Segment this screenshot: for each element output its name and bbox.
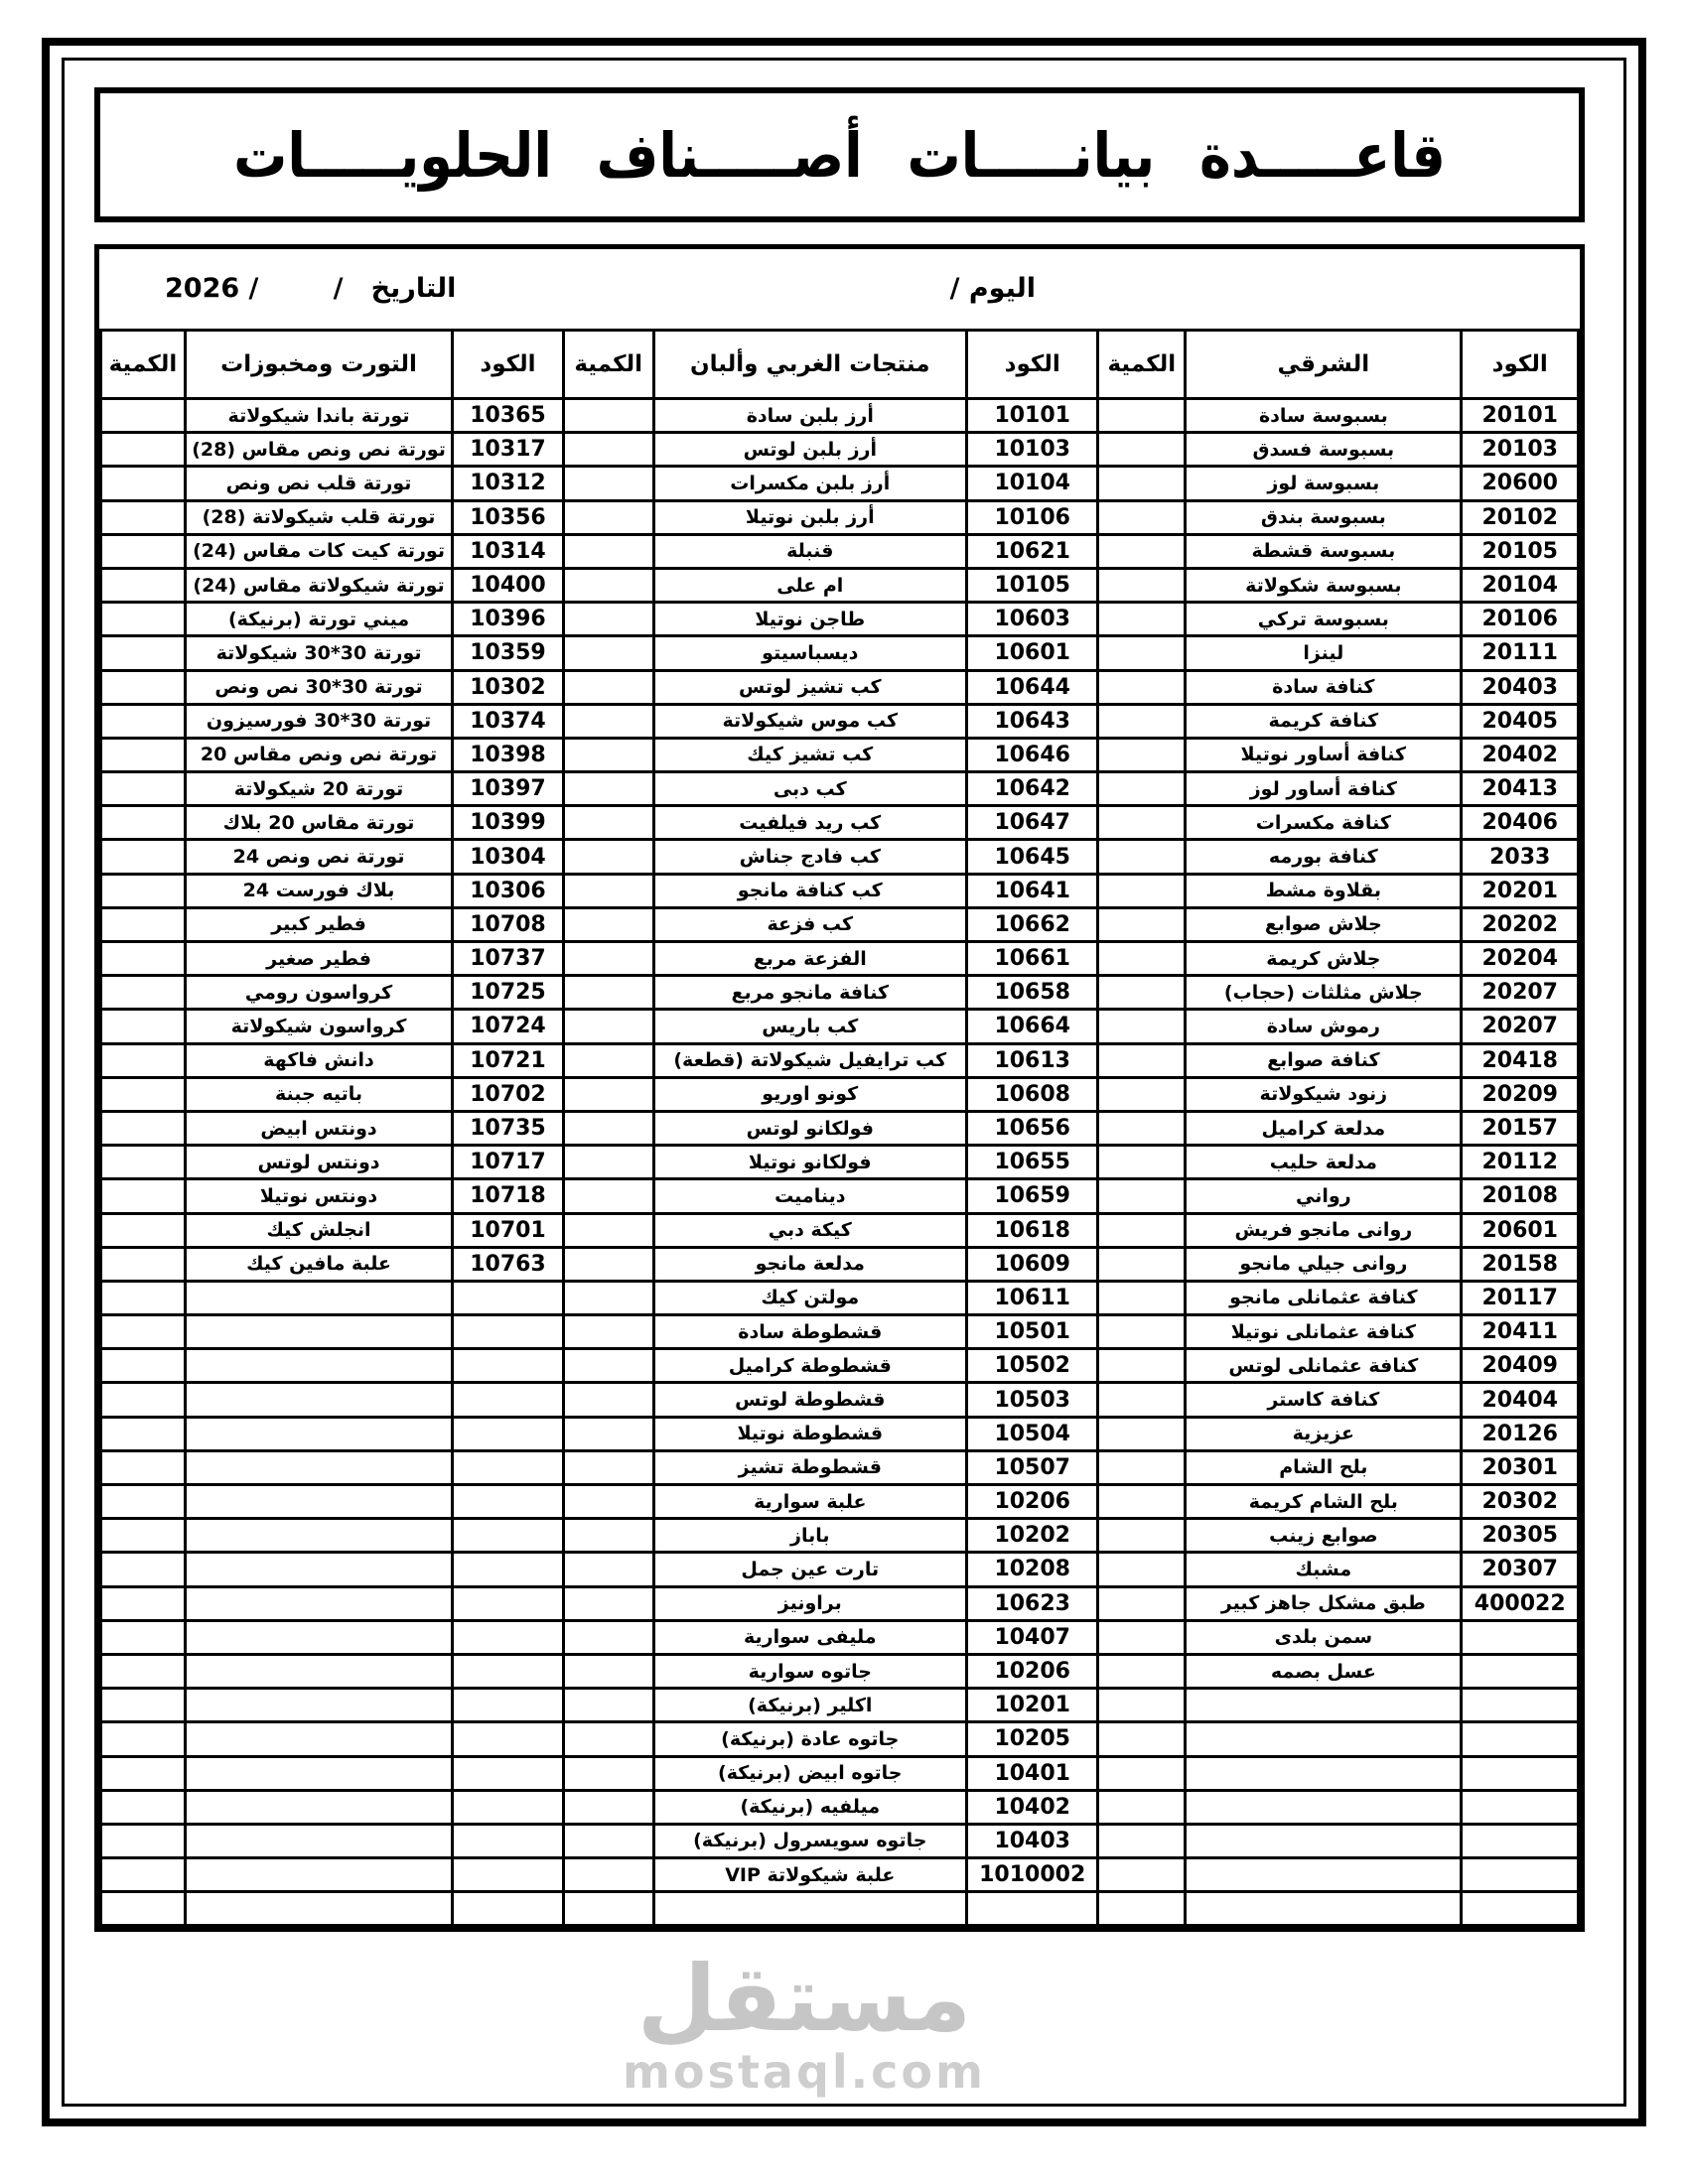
cell-code: 10659 bbox=[967, 1179, 1098, 1213]
cell-item-name: تورتة نص ونص مقاس 20 bbox=[185, 738, 452, 771]
watermark: مستقل mostaql.com bbox=[516, 1954, 1092, 2099]
cell-item-name: كب تشيز كيك bbox=[653, 738, 966, 771]
cell-code bbox=[453, 1553, 564, 1586]
cell-qty bbox=[563, 1247, 653, 1281]
cell-item-name bbox=[185, 1485, 452, 1519]
cell-item-name: تورتة قلب نص ونص bbox=[185, 467, 452, 500]
cell-qty bbox=[1098, 976, 1186, 1010]
cell-qty bbox=[101, 433, 186, 467]
table-row: 10403جاتوه سويسرول (برنيكة) bbox=[101, 1824, 1579, 1857]
cell-item-name bbox=[185, 1349, 452, 1383]
cell-item-name: تورتة 30*30 نص ونص bbox=[185, 670, 452, 704]
cell-qty bbox=[1098, 1179, 1186, 1213]
cell-qty bbox=[563, 874, 653, 907]
column-header: الكمية bbox=[1098, 331, 1186, 399]
cell-qty bbox=[101, 670, 186, 704]
cell-qty bbox=[563, 1315, 653, 1349]
cell-item-name: كنافة كاستر bbox=[1186, 1383, 1462, 1417]
day-label: اليوم / bbox=[950, 273, 1036, 304]
cell-item-name: فطير كبير bbox=[185, 907, 452, 941]
cell-qty bbox=[563, 907, 653, 941]
table-row: 20104بسبوسة شكولاتة10105ام على10400تورتة… bbox=[101, 568, 1579, 602]
cell-item-name bbox=[185, 1858, 452, 1892]
cell-item-name bbox=[1186, 1756, 1462, 1790]
cell-item-name: بسبوسة فسدق bbox=[1186, 433, 1462, 467]
cell-code: 10400 bbox=[453, 568, 564, 602]
cell-code bbox=[967, 1892, 1098, 1926]
cell-qty bbox=[101, 1349, 186, 1383]
cell-code: 10503 bbox=[967, 1383, 1098, 1417]
cell-qty bbox=[1098, 1756, 1186, 1790]
cell-item-name: روانى جيلي مانجو bbox=[1186, 1247, 1462, 1281]
cell-item-name: أرز بلبن نوتيلا bbox=[653, 500, 966, 534]
table-row: 20201بقلاوة مشط10641كب كنافة مانجو10306ب… bbox=[101, 874, 1579, 907]
cell-qty bbox=[1098, 1519, 1186, 1553]
cell-item-name: قشطوطة لوتس bbox=[653, 1383, 966, 1417]
cell-item-name bbox=[185, 1450, 452, 1484]
table-row: 20411كنافة عثمانلى نوتيلا10501قشطوطة ساد… bbox=[101, 1315, 1579, 1349]
cell-item-name: كب كنافة مانجو bbox=[653, 874, 966, 907]
cell-item-name: كب ترايفيل شيكولاتة (قطعة) bbox=[653, 1043, 966, 1077]
cell-qty bbox=[1098, 1247, 1186, 1281]
cell-item-name: كب فزعة bbox=[653, 907, 966, 941]
cell-item-name bbox=[1186, 1892, 1462, 1926]
cell-code: 10641 bbox=[967, 874, 1098, 907]
cell-qty bbox=[1098, 636, 1186, 670]
cell-code: 20404 bbox=[1462, 1383, 1579, 1417]
cell-code bbox=[453, 1858, 564, 1892]
cell-qty bbox=[563, 1756, 653, 1790]
column-header: الكود bbox=[453, 331, 564, 399]
cell-item-name: صوابع زينب bbox=[1186, 1519, 1462, 1553]
cell-code: 10401 bbox=[967, 1756, 1098, 1790]
cell-code: 20201 bbox=[1462, 874, 1579, 907]
cell-code: 20207 bbox=[1462, 976, 1579, 1010]
cell-item-name bbox=[185, 1519, 452, 1553]
cell-qty bbox=[563, 399, 653, 433]
cell-code: 10317 bbox=[453, 433, 564, 467]
cell-item-name: علبة شيكولاتة VIP bbox=[653, 1858, 966, 1892]
cell-qty bbox=[101, 1790, 186, 1824]
cell-qty bbox=[1098, 534, 1186, 568]
cell-item-name bbox=[185, 1892, 452, 1926]
cell-qty bbox=[1098, 1043, 1186, 1077]
cell-qty bbox=[101, 738, 186, 771]
cell-qty bbox=[563, 1824, 653, 1857]
table-row: 20403كنافة سادة10644كب تشيز لوتس10302تور… bbox=[101, 670, 1579, 704]
cell-item-name: ميني تورتة (برنيكة) bbox=[185, 603, 452, 636]
cell-qty bbox=[101, 976, 186, 1010]
cell-item-name bbox=[185, 1315, 452, 1349]
cell-code: 10603 bbox=[967, 603, 1098, 636]
column-header: التورت ومخبوزات bbox=[185, 331, 452, 399]
cell-qty bbox=[563, 1010, 653, 1043]
cell-qty bbox=[1098, 1315, 1186, 1349]
table-header-row: الكودالشرقيالكميةالكودمنتجات الغربي وألب… bbox=[101, 331, 1579, 399]
table-row: 20102بسبوسة بندق10106أرز بلبن نوتيلا1035… bbox=[101, 500, 1579, 534]
table-row: 20600بسبوسة لوز10104أرز بلبن مكسرات10312… bbox=[101, 467, 1579, 500]
cell-qty bbox=[1098, 772, 1186, 806]
cell-code: 10403 bbox=[967, 1824, 1098, 1857]
cell-code: 20101 bbox=[1462, 399, 1579, 433]
table-row bbox=[101, 1892, 1579, 1926]
title-box: قاعـــــدة بيانـــــات أصـــــناف الحلوي… bbox=[94, 87, 1585, 222]
cell-code: 20403 bbox=[1462, 670, 1579, 704]
cell-qty bbox=[1098, 1586, 1186, 1620]
cell-code: 10601 bbox=[967, 636, 1098, 670]
cell-item-name: بلاك فورست 24 bbox=[185, 874, 452, 907]
cell-item-name: كنافة بورمه bbox=[1186, 840, 1462, 874]
cell-qty bbox=[1098, 1213, 1186, 1247]
cell-item-name: لينزا bbox=[1186, 636, 1462, 670]
cell-qty bbox=[1098, 874, 1186, 907]
cell-item-name: مشبك bbox=[1186, 1553, 1462, 1586]
table-row: 10205جاتوه عادة (برنيكة) bbox=[101, 1722, 1579, 1756]
cell-qty bbox=[1098, 907, 1186, 941]
table-row: 20126عزيزية10504قشطوطة نوتيلا bbox=[101, 1417, 1579, 1450]
cell-item-name bbox=[185, 1722, 452, 1756]
cell-qty bbox=[1098, 1077, 1186, 1111]
cell-qty bbox=[101, 1111, 186, 1145]
table-row: 400022طبق مشكل جاهز كبير10623براونيز bbox=[101, 1586, 1579, 1620]
cell-qty bbox=[101, 534, 186, 568]
cell-item-name bbox=[185, 1756, 452, 1790]
cell-code bbox=[1462, 1858, 1579, 1892]
cell-code: 10501 bbox=[967, 1315, 1098, 1349]
cell-qty bbox=[1098, 1281, 1186, 1314]
cell-qty bbox=[101, 704, 186, 738]
cell-qty bbox=[101, 1722, 186, 1756]
table-row: 20101بسبوسة سادة10101أرز بلبن سادة10365ت… bbox=[101, 399, 1579, 433]
cell-code bbox=[453, 1790, 564, 1824]
table-row: عسل بصمه10206جاتوه سوارية bbox=[101, 1654, 1579, 1688]
cell-qty bbox=[1098, 1790, 1186, 1824]
cell-item-name: كونو اوريو bbox=[653, 1077, 966, 1111]
cell-code: 10103 bbox=[967, 433, 1098, 467]
cell-item-name: دونتس نوتيلا bbox=[185, 1179, 452, 1213]
cell-item-name bbox=[1186, 1858, 1462, 1892]
cell-qty bbox=[101, 1383, 186, 1417]
cell-item-name: تورتة باندا شيكولاتة bbox=[185, 399, 452, 433]
cell-item-name bbox=[185, 1586, 452, 1620]
table-row: 20402كنافة أساور نوتيلا10646كب تشيز كيك1… bbox=[101, 738, 1579, 771]
cell-code: 10504 bbox=[967, 1417, 1098, 1450]
cell-code bbox=[453, 1450, 564, 1484]
cell-qty bbox=[101, 1077, 186, 1111]
table-row: 20418كنافة صوابع10613كب ترايفيل شيكولاتة… bbox=[101, 1043, 1579, 1077]
cell-code bbox=[453, 1689, 564, 1722]
cell-code: 20418 bbox=[1462, 1043, 1579, 1077]
cell-code: 20305 bbox=[1462, 1519, 1579, 1553]
cell-code: 20108 bbox=[1462, 1179, 1579, 1213]
cell-code: 20409 bbox=[1462, 1349, 1579, 1383]
cell-item-name: مدلعة مانجو bbox=[653, 1247, 966, 1281]
cell-code: 10365 bbox=[453, 399, 564, 433]
cell-code: 10718 bbox=[453, 1179, 564, 1213]
cell-qty bbox=[1098, 738, 1186, 771]
cell-item-name: تورتة 30*30 شيكولاتة bbox=[185, 636, 452, 670]
cell-code: 10106 bbox=[967, 500, 1098, 534]
cell-code bbox=[1462, 1654, 1579, 1688]
cell-qty bbox=[563, 670, 653, 704]
table-row: 10402ميلفيه (برنيكة) bbox=[101, 1790, 1579, 1824]
cell-qty bbox=[101, 1450, 186, 1484]
column-header: الكود bbox=[1462, 331, 1579, 399]
cell-item-name bbox=[1186, 1824, 1462, 1857]
cell-item-name: بسبوسة بندق bbox=[1186, 500, 1462, 534]
cell-item-name: بسبوسة سادة bbox=[1186, 399, 1462, 433]
cell-qty bbox=[101, 942, 186, 976]
cell-item-name: تورتة نص ونص 24 bbox=[185, 840, 452, 874]
main-box: اليوم / التاريخ / / 2026 الكودالشرقيالكم… bbox=[94, 244, 1585, 1932]
cell-code: 10206 bbox=[967, 1485, 1098, 1519]
cell-item-name: تورتة شيكولاتة مقاس (24) bbox=[185, 568, 452, 602]
cell-code: 20301 bbox=[1462, 1450, 1579, 1484]
cell-qty bbox=[563, 1892, 653, 1926]
cell-code: 20307 bbox=[1462, 1553, 1579, 1586]
cell-item-name: انجلش كيك bbox=[185, 1213, 452, 1247]
cell-qty bbox=[1098, 1553, 1186, 1586]
cell-item-name: كب فادج جناش bbox=[653, 840, 966, 874]
cell-code: 10661 bbox=[967, 942, 1098, 976]
cell-qty bbox=[1098, 1111, 1186, 1145]
cell-code: 20406 bbox=[1462, 806, 1579, 840]
cell-item-name: فولكانو لوتس bbox=[653, 1111, 966, 1145]
table-row: 20207جلاش مثلثات (حجاب)10658كنافة مانجو … bbox=[101, 976, 1579, 1010]
cell-qty bbox=[563, 1485, 653, 1519]
cell-qty bbox=[101, 1179, 186, 1213]
cell-qty bbox=[1098, 1892, 1186, 1926]
column-header: منتجات الغربي وألبان bbox=[653, 331, 966, 399]
cell-code: 10643 bbox=[967, 704, 1098, 738]
cell-item-name: قشطوطة كراميل bbox=[653, 1349, 966, 1383]
cell-item-name: مليفى سوارية bbox=[653, 1620, 966, 1654]
cell-item-name: قنبلة bbox=[653, 534, 966, 568]
cell-qty bbox=[1098, 942, 1186, 976]
cell-item-name: ديسباسيتو bbox=[653, 636, 966, 670]
cell-code bbox=[1462, 1722, 1579, 1756]
cell-code: 20105 bbox=[1462, 534, 1579, 568]
cell-qty bbox=[563, 942, 653, 976]
cell-qty bbox=[1098, 1485, 1186, 1519]
cell-qty bbox=[1098, 500, 1186, 534]
cell-item-name: كب باريس bbox=[653, 1010, 966, 1043]
cell-item-name: جاتوه سوارية bbox=[653, 1654, 966, 1688]
cell-item-name: كنافة سادة bbox=[1186, 670, 1462, 704]
cell-code: 10656 bbox=[967, 1111, 1098, 1145]
cell-qty bbox=[101, 1586, 186, 1620]
cell-code: 10208 bbox=[967, 1553, 1098, 1586]
cell-item-name: كرواسون رومي bbox=[185, 976, 452, 1010]
table-row: 20158روانى جيلي مانجو10609مدلعة مانجو107… bbox=[101, 1247, 1579, 1281]
cell-code: 10621 bbox=[967, 534, 1098, 568]
column-header: الكود bbox=[967, 331, 1098, 399]
cell-item-name bbox=[1186, 1689, 1462, 1722]
table-row: 20209زنود شيكولاتة10608كونو اوريو10702با… bbox=[101, 1077, 1579, 1111]
cell-qty bbox=[101, 500, 186, 534]
cell-item-name: بلح الشام كريمة bbox=[1186, 1485, 1462, 1519]
cell-qty bbox=[101, 806, 186, 840]
cell-qty bbox=[563, 1858, 653, 1892]
cell-code: 20103 bbox=[1462, 433, 1579, 467]
cell-item-name: علبة سوارية bbox=[653, 1485, 966, 1519]
column-header: الكمية bbox=[563, 331, 653, 399]
cell-item-name: ام على bbox=[653, 568, 966, 602]
cell-item-name: كنافة مانجو مربع bbox=[653, 976, 966, 1010]
cell-qty bbox=[563, 772, 653, 806]
table-row: 10201اكلير (برنيكة) bbox=[101, 1689, 1579, 1722]
cell-item-name bbox=[1186, 1790, 1462, 1824]
cell-qty bbox=[563, 1450, 653, 1484]
cell-item-name: بسبوسة قشطة bbox=[1186, 534, 1462, 568]
cell-qty bbox=[1098, 1654, 1186, 1688]
cell-code bbox=[453, 1519, 564, 1553]
cell-item-name: كب تشيز لوتس bbox=[653, 670, 966, 704]
cell-code: 10101 bbox=[967, 399, 1098, 433]
cell-code: 400022 bbox=[1462, 1586, 1579, 1620]
cell-code: 10302 bbox=[453, 670, 564, 704]
cell-qty bbox=[101, 1519, 186, 1553]
table-row: 20103بسبوسة فسدق10103أرز بلبن لوتس10317ت… bbox=[101, 433, 1579, 467]
cell-code: 20302 bbox=[1462, 1485, 1579, 1519]
cell-code: 10356 bbox=[453, 500, 564, 534]
cell-item-name: تارت عين جمل bbox=[653, 1553, 966, 1586]
cell-qty bbox=[563, 1586, 653, 1620]
cell-qty bbox=[101, 1213, 186, 1247]
cell-item-name: كنافة عثمانلى لوتس bbox=[1186, 1349, 1462, 1383]
cell-item-name: عسل بصمه bbox=[1186, 1654, 1462, 1688]
cell-qty bbox=[563, 534, 653, 568]
cell-item-name: أرز بلبن لوتس bbox=[653, 433, 966, 467]
cell-qty bbox=[1098, 1010, 1186, 1043]
cell-qty bbox=[101, 1892, 186, 1926]
cell-qty bbox=[101, 568, 186, 602]
cell-qty bbox=[563, 806, 653, 840]
cell-item-name: أرز بلبن مكسرات bbox=[653, 467, 966, 500]
cell-item-name: كب دبى bbox=[653, 772, 966, 806]
cell-item-name: كنافة أساور نوتيلا bbox=[1186, 738, 1462, 771]
cell-code: 20207 bbox=[1462, 1010, 1579, 1043]
cell-code: 10609 bbox=[967, 1247, 1098, 1281]
cell-qty bbox=[563, 738, 653, 771]
table-row: 20406كنافة مكسرات10647كب ريد فيلفيت10399… bbox=[101, 806, 1579, 840]
cell-qty bbox=[1098, 806, 1186, 840]
cell-qty bbox=[101, 1247, 186, 1281]
cell-code: 10645 bbox=[967, 840, 1098, 874]
cell-qty bbox=[101, 1146, 186, 1179]
cell-code bbox=[453, 1654, 564, 1688]
cell-qty bbox=[101, 1553, 186, 1586]
cell-qty bbox=[101, 1858, 186, 1892]
cell-qty bbox=[563, 603, 653, 636]
cell-code: 10202 bbox=[967, 1519, 1098, 1553]
cell-item-name: كب ريد فيلفيت bbox=[653, 806, 966, 840]
cell-item-name: رواني bbox=[1186, 1179, 1462, 1213]
cell-qty bbox=[563, 704, 653, 738]
cell-item-name: قشطوطة تشيز bbox=[653, 1450, 966, 1484]
cell-item-name: كب موس شيكولاتة bbox=[653, 704, 966, 738]
table-row: 1010002علبة شيكولاتة VIP bbox=[101, 1858, 1579, 1892]
cell-code: 10359 bbox=[453, 636, 564, 670]
cell-qty bbox=[101, 840, 186, 874]
cell-qty bbox=[101, 1824, 186, 1857]
cell-qty bbox=[563, 1519, 653, 1553]
watermark-arabic: مستقل bbox=[516, 1954, 1092, 2045]
cell-qty bbox=[1098, 670, 1186, 704]
column-header: الشرقي bbox=[1186, 331, 1462, 399]
cell-code bbox=[453, 1756, 564, 1790]
cell-code bbox=[453, 1722, 564, 1756]
cell-qty bbox=[101, 874, 186, 907]
cell-item-name: جاتوه سويسرول (برنيكة) bbox=[653, 1824, 966, 1857]
cell-qty bbox=[1098, 1417, 1186, 1450]
cell-item-name bbox=[185, 1689, 452, 1722]
cell-code bbox=[453, 1349, 564, 1383]
table-row: 20301بلح الشام10507قشطوطة تشيز bbox=[101, 1450, 1579, 1484]
cell-item-name: اكلير (برنيكة) bbox=[653, 1689, 966, 1722]
cell-code: 10502 bbox=[967, 1349, 1098, 1383]
table-row: 20117كنافة عثمانلى مانجو10611مولتن كيك bbox=[101, 1281, 1579, 1314]
cell-qty bbox=[563, 1790, 653, 1824]
cell-qty bbox=[1098, 433, 1186, 467]
cell-item-name: باتيه جبنة bbox=[185, 1077, 452, 1111]
cell-code: 20111 bbox=[1462, 636, 1579, 670]
cell-item-name: ديناميت bbox=[653, 1179, 966, 1213]
cell-code: 20102 bbox=[1462, 500, 1579, 534]
cell-qty bbox=[1098, 467, 1186, 500]
cell-code: 10708 bbox=[453, 907, 564, 941]
watermark-domain: mostaql.com bbox=[516, 2045, 1092, 2099]
cell-code: 10608 bbox=[967, 1077, 1098, 1111]
cell-item-name bbox=[185, 1553, 452, 1586]
cell-item-name: براونيز bbox=[653, 1586, 966, 1620]
cell-qty bbox=[1098, 603, 1186, 636]
cell-item-name: دونتس لوتس bbox=[185, 1146, 452, 1179]
cell-code bbox=[453, 1315, 564, 1349]
cell-qty bbox=[1098, 1858, 1186, 1892]
cell-code bbox=[1462, 1824, 1579, 1857]
cell-code: 20158 bbox=[1462, 1247, 1579, 1281]
cell-item-name: روانى مانجو فريش bbox=[1186, 1213, 1462, 1247]
cell-item-name: كنافة عثمانلى مانجو bbox=[1186, 1281, 1462, 1314]
cell-code: 20117 bbox=[1462, 1281, 1579, 1314]
cell-item-name: طاجن نوتيلا bbox=[653, 603, 966, 636]
cell-code bbox=[1462, 1892, 1579, 1926]
cell-qty bbox=[101, 1315, 186, 1349]
cell-qty bbox=[101, 1043, 186, 1077]
cell-item-name bbox=[1186, 1722, 1462, 1756]
cell-item-name: مدلعة حليب bbox=[1186, 1146, 1462, 1179]
table-row: 20204جلاش كريمة10661الفزعة مربع10737فطير… bbox=[101, 942, 1579, 976]
table-row: 20207رموش سادة10664كب باريس10724كرواسون … bbox=[101, 1010, 1579, 1043]
cell-qty bbox=[563, 433, 653, 467]
cell-code bbox=[453, 1281, 564, 1314]
cell-item-name: مولتن كيك bbox=[653, 1281, 966, 1314]
cell-code: 10312 bbox=[453, 467, 564, 500]
cell-code bbox=[1462, 1620, 1579, 1654]
cell-item-name: قشطوطة سادة bbox=[653, 1315, 966, 1349]
cell-item-name bbox=[185, 1654, 452, 1688]
cell-code: 10737 bbox=[453, 942, 564, 976]
cell-code: 20112 bbox=[1462, 1146, 1579, 1179]
cell-item-name: مدلعة كراميل bbox=[1186, 1111, 1462, 1145]
cell-item-name: فولكانو نوتيلا bbox=[653, 1146, 966, 1179]
cell-code: 10618 bbox=[967, 1213, 1098, 1247]
cell-qty bbox=[563, 568, 653, 602]
cell-qty bbox=[101, 1620, 186, 1654]
cell-code: 20402 bbox=[1462, 738, 1579, 771]
cell-qty bbox=[101, 467, 186, 500]
